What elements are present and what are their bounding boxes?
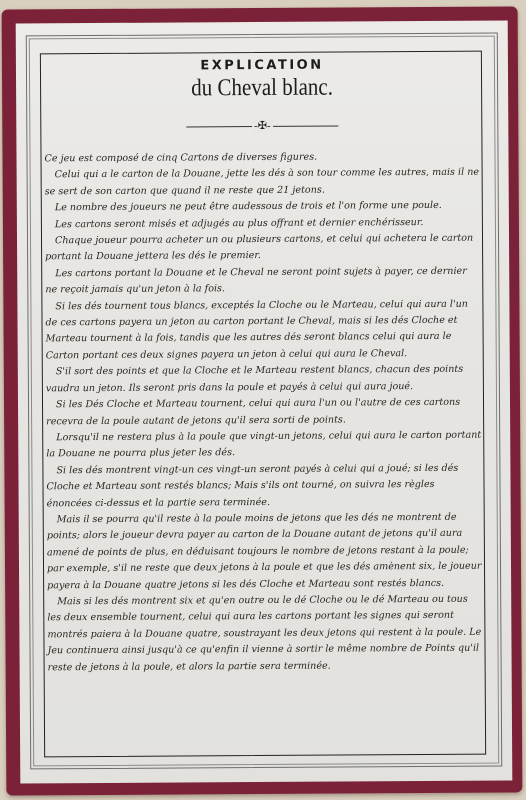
paragraph: Celui qui a le carton de la Douane, jett… xyxy=(45,165,481,200)
ornament-icon: -✠- xyxy=(252,119,273,133)
paragraph: S'il sort des points et que la Cloche et… xyxy=(46,362,482,397)
paper-sheet: EXPLICATION du Cheval blanc. -✠- Ce jeu … xyxy=(16,20,513,783)
paragraph: Chaque joueur pourra acheter un ou plusi… xyxy=(45,231,481,266)
paragraph: Lorsqu'il ne restera plus à la poule que… xyxy=(46,428,482,463)
rules-text: Ce jeu est composé de cinq Cartons de di… xyxy=(44,149,483,677)
document-card: EXPLICATION du Cheval blanc. -✠- Ce jeu … xyxy=(2,6,523,795)
paragraph: Mais il se pourra qu'il reste à la poule… xyxy=(47,510,483,595)
paragraph: Mais si les dés montrent six et qu'en ou… xyxy=(47,592,483,677)
paragraph: Si les Dés Cloche et Marteau tournent, c… xyxy=(46,395,482,430)
paragraph: Si les dés tournent tous blancs, excepté… xyxy=(45,296,481,364)
title-cheval-blanc: du Cheval blanc. xyxy=(16,72,508,104)
paragraph: Les cartons portant la Douane et le Chev… xyxy=(45,264,481,299)
paragraph: Si les dés montrent vingt-un ces vingt-u… xyxy=(46,460,482,512)
header: EXPLICATION du Cheval blanc. xyxy=(16,56,508,101)
